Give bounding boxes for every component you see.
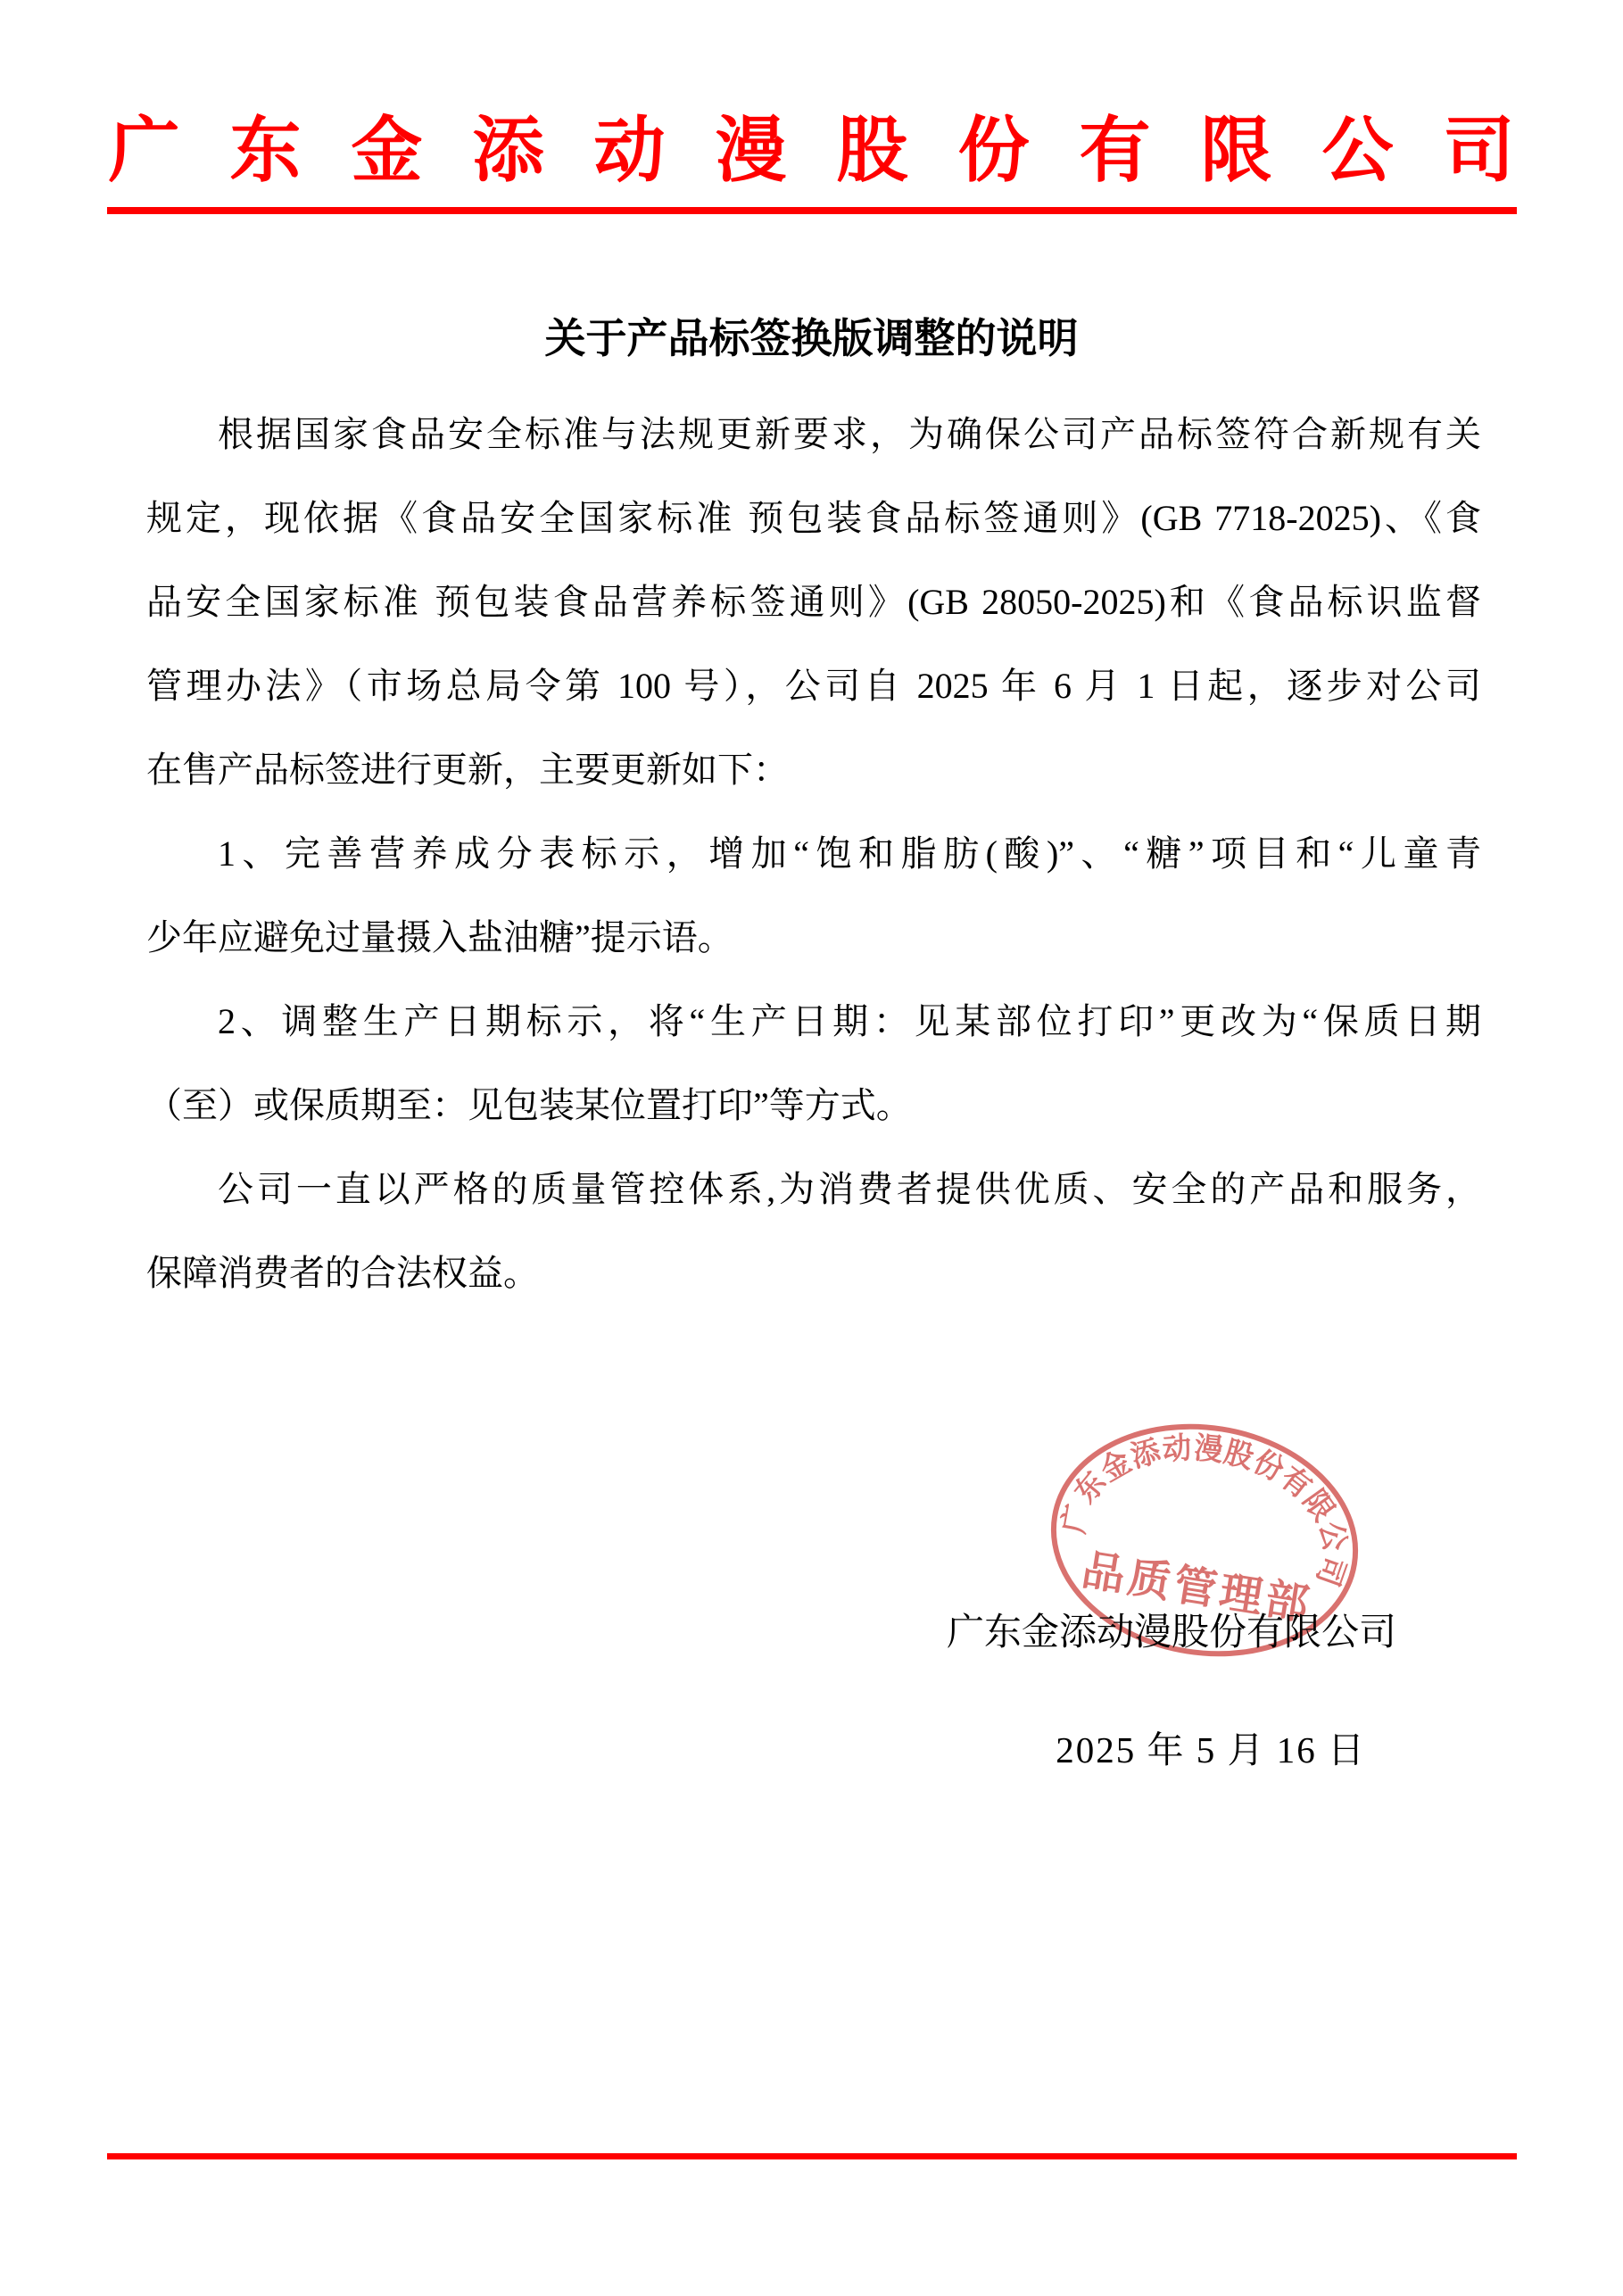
body-line: 品安全国家标准 预包装食品营养标签通则》(GB 28050-2025)和《食品标… xyxy=(146,560,1481,644)
body-line: 1、完善营养成分表标示，增加“饱和脂肪(酸)”、“糖”项目和“儿童青 xyxy=(146,812,1481,896)
body-line: 少年应避免过量摄入盐油糖”提示语。 xyxy=(146,896,1481,980)
body-line: 根据国家食品安全标准与法规更新要求，为确保公司产品标签符合新规有关 xyxy=(146,393,1481,477)
document-title: 关于产品标签换版调整的说明 xyxy=(0,312,1623,366)
signature-company: 广东金添动漫股份有限公司 xyxy=(947,1603,1396,1656)
body-line: 公司一直以严格的质量管控体系,为消费者提供优质、安全的产品和服务， xyxy=(146,1148,1481,1231)
body-line: 在售产品标签进行更新，主要更新如下： xyxy=(146,728,1481,812)
body-line: 保障消费者的合法权益。 xyxy=(146,1231,1481,1315)
document-page: 广东金添动漫股份有限公司 关于产品标签换版调整的说明 根据国家食品安全标准与法规… xyxy=(0,0,1623,2296)
body-line: 管理办法》（市场总局令第 100 号），公司自 2025 年 6 月 1 日起，… xyxy=(146,644,1481,728)
body-line: 规定，现依据《食品安全国家标准 预包装食品标签通则》(GB 7718-2025)… xyxy=(146,477,1481,560)
company-letterhead: 广东金添动漫股份有限公司 xyxy=(0,93,1623,195)
body-line: 2、调整生产日期标示，将“生产日期：见某部位打印”更改为“保质日期 xyxy=(146,980,1481,1064)
signature-date: 2025 年 5 月 16 日 xyxy=(1056,1720,1366,1773)
body-line: （至）或保质期至：见包装某位置打印”等方式。 xyxy=(146,1064,1481,1148)
document-body: 根据国家食品安全标准与法规更新要求，为确保公司产品标签符合新规有关 规定，现依据… xyxy=(146,393,1481,1315)
letterhead-rule xyxy=(107,207,1517,214)
footer-rule xyxy=(107,2153,1517,2159)
